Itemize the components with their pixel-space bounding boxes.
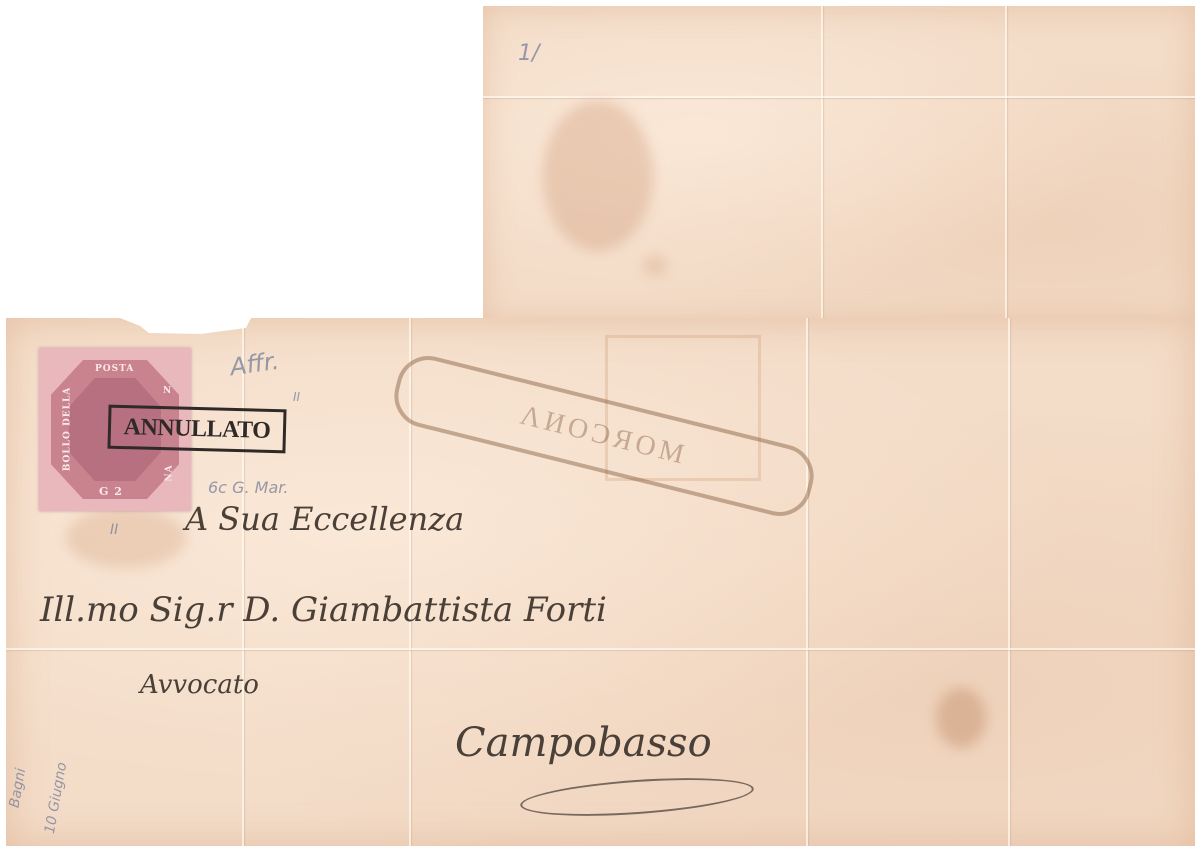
stamp-right-lower-text: NA <box>165 464 175 481</box>
fold-line <box>1005 6 1007 322</box>
upper-letter-flap: 1/ <box>483 6 1195 322</box>
pencil-mark: 1/ <box>518 41 539 66</box>
water-stain <box>936 688 986 748</box>
address-line-4: Campobasso <box>455 720 712 766</box>
stamp-value: G 2 <box>99 485 123 498</box>
fold-line <box>483 96 1195 98</box>
annullato-cancel: ANNULLATO <box>107 405 286 454</box>
stamp-right-text: N <box>163 386 172 396</box>
pencil-note: II <box>110 522 118 538</box>
fold-line <box>6 648 1195 650</box>
stamp-left-text: BOLLO DELLA <box>62 387 72 472</box>
fold-line <box>821 6 823 322</box>
offset-stain <box>543 101 653 251</box>
fold-line <box>806 318 808 846</box>
stain <box>643 256 667 276</box>
pencil-note: 6c G. Mar. <box>208 478 288 497</box>
fold-line <box>242 318 244 846</box>
cancel-text: ANNULLATO <box>123 414 270 445</box>
pencil-note: II <box>293 390 300 404</box>
address-line-1: A Sua Eccellenza <box>185 500 464 538</box>
address-line-2: Ill.mo Sig.r D. Giambattista Forti <box>40 590 607 630</box>
address-line-3: Avvocato <box>140 670 259 700</box>
stain <box>66 508 186 568</box>
fold-line <box>1008 318 1010 846</box>
stamp-top-text: POSTA <box>95 364 134 374</box>
